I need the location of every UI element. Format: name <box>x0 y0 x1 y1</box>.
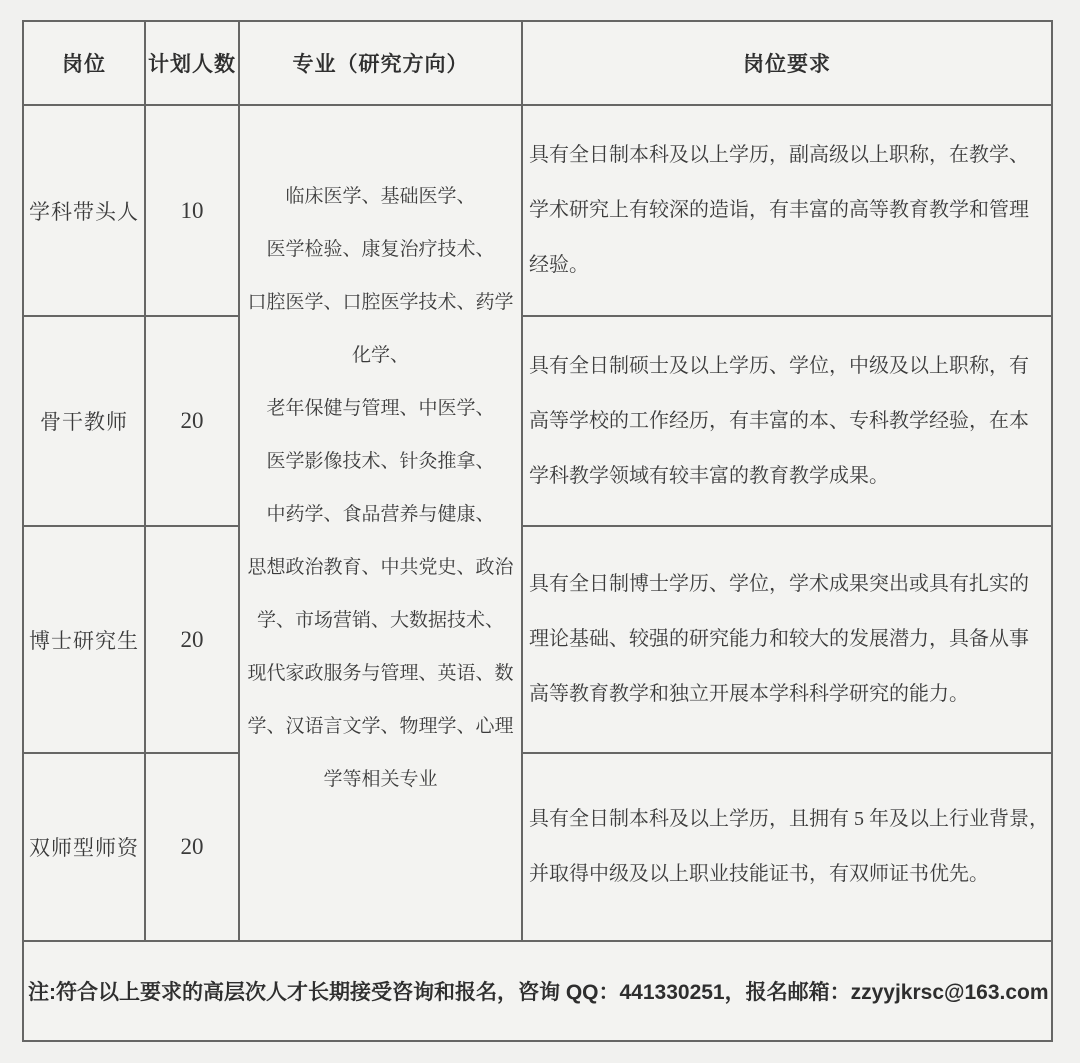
table-row: 学科带头人 10 临床医学、基础医学、医学检验、康复治疗技术、口腔医学、口腔医学… <box>23 105 1052 316</box>
header-major: 专业（研究方向） <box>239 21 522 105</box>
table-row: 博士研究生 20 具有全日制博士学历、学位，学术成果突出或具有扎实的理论基础、较… <box>23 526 1052 753</box>
note-text: 注:符合以上要求的高层次人才长期接受咨询和报名，咨询 QQ：441330251，… <box>23 941 1052 1041</box>
requirement-cell: 具有全日制博士学历、学位，学术成果突出或具有扎实的理论基础、较强的研究能力和较大… <box>522 526 1052 753</box>
requirement-cell: 具有全日制本科及以上学历，且拥有 5 年及以上行业背景，并取得中级及以上职业技能… <box>522 753 1052 941</box>
header-position: 岗位 <box>23 21 145 105</box>
table-row: 双师型师资 20 具有全日制本科及以上学历，且拥有 5 年及以上行业背景，并取得… <box>23 753 1052 941</box>
position-cell: 学科带头人 <box>23 105 145 316</box>
recruitment-table: 岗位 计划人数 专业（研究方向） 岗位要求 学科带头人 10 临床医学、基础医学… <box>22 20 1053 1042</box>
count-cell: 20 <box>145 316 239 526</box>
requirement-cell: 具有全日制硕士及以上学历、学位，中级及以上职称，有高等学校的工作经历，有丰富的本… <box>522 316 1052 526</box>
note-row: 注:符合以上要求的高层次人才长期接受咨询和报名，咨询 QQ：441330251，… <box>23 941 1052 1041</box>
header-planned-count: 计划人数 <box>145 21 239 105</box>
table-header-row: 岗位 计划人数 专业（研究方向） 岗位要求 <box>23 21 1052 105</box>
header-requirements: 岗位要求 <box>522 21 1052 105</box>
count-cell: 10 <box>145 105 239 316</box>
document-page: 岗位 计划人数 专业（研究方向） 岗位要求 学科带头人 10 临床医学、基础医学… <box>0 0 1080 1063</box>
requirement-cell: 具有全日制本科及以上学历，副高级以上职称，在教学、学术研究上有较深的造诣，有丰富… <box>522 105 1052 316</box>
position-cell: 骨干教师 <box>23 316 145 526</box>
position-cell: 双师型师资 <box>23 753 145 941</box>
table-row: 骨干教师 20 具有全日制硕士及以上学历、学位，中级及以上职称，有高等学校的工作… <box>23 316 1052 526</box>
position-cell: 博士研究生 <box>23 526 145 753</box>
count-cell: 20 <box>145 753 239 941</box>
majors-merged-cell: 临床医学、基础医学、医学检验、康复治疗技术、口腔医学、口腔医学技术、药学化学、老… <box>239 105 522 941</box>
count-cell: 20 <box>145 526 239 753</box>
